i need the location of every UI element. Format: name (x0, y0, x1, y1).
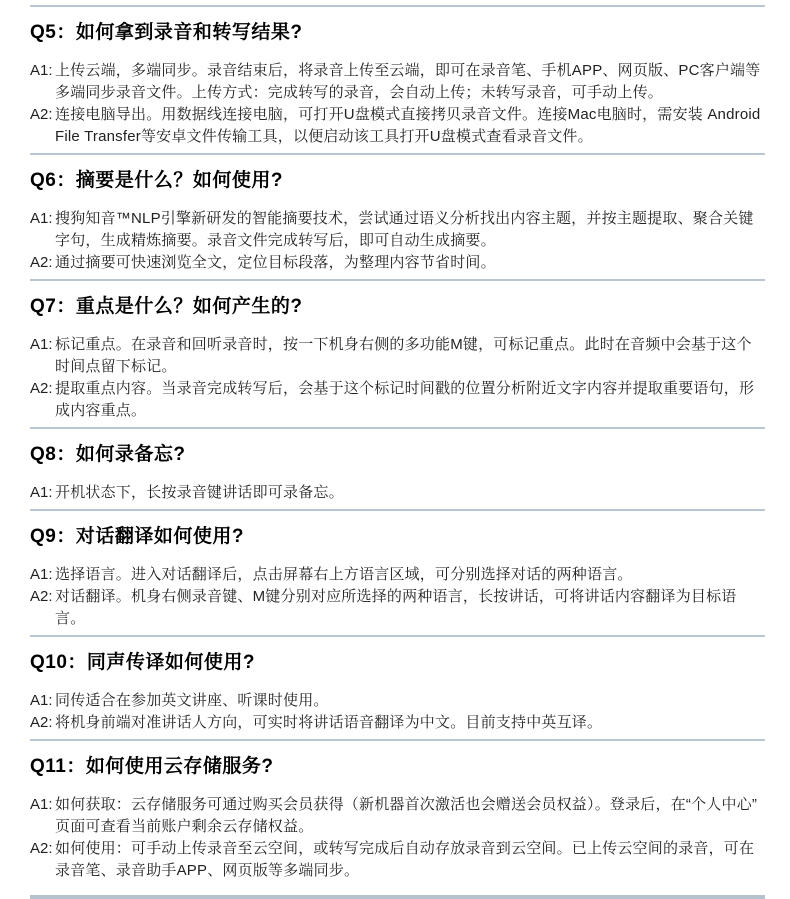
section-divider (30, 635, 765, 637)
answer-text: 同传适合在参加英文讲座、听课时使用。 (55, 690, 765, 712)
section-divider (30, 427, 765, 429)
section-divider (30, 739, 765, 741)
answer-text: 对话翻译。机身右侧录音键、M键分别对应所选择的两种语言，长按讲话，可将讲话内容翻… (55, 586, 765, 630)
answer-row: A2: 提取重点内容。当录音完成转写后，会基于这个标记时间戳的位置分析附近文字内… (30, 378, 765, 422)
answer-row: A1: 标记重点。在录音和回听录音时，按一下机身右侧的多功能M键，可标记重点。此… (30, 334, 765, 378)
faq-sections: Q5：如何拿到录音和转写结果? A1: 上传云端，多端同步。录音结束后，将录音上… (30, 21, 765, 887)
answer-label: A2: (30, 104, 55, 126)
faq-page: Q5：如何拿到录音和转写结果? A1: 上传云端，多端同步。录音结束后，将录音上… (0, 0, 790, 899)
answer-text: 上传云端，多端同步。录音结束后，将录音上传至云端，即可在录音笔、手机APP、网页… (55, 60, 765, 104)
answer-label: A1: (30, 690, 55, 712)
answer-row: A2: 通过摘要可快速浏览全文，定位目标段落，为整理内容节省时间。 (30, 252, 765, 274)
question-heading: Q9：对话翻译如何使用? (30, 525, 765, 549)
question-heading: Q6：摘要是什么？如何使用? (30, 169, 765, 193)
faq-section: Q6：摘要是什么？如何使用? A1: 搜狗知音™NLP引擎新研发的智能摘要技术，… (30, 169, 765, 279)
answer-list: A1: 搜狗知音™NLP引擎新研发的智能摘要技术，尝试通过语义分析找出内容主题，… (30, 208, 765, 274)
answer-label: A1: (30, 564, 55, 586)
answer-row: A1: 搜狗知音™NLP引擎新研发的智能摘要技术，尝试通过语义分析找出内容主题，… (30, 208, 765, 252)
section-divider (30, 279, 765, 281)
top-divider (30, 5, 765, 7)
answer-row: A2: 连接电脑导出。用数据线连接电脑，可打开U盘模式直接拷贝录音文件。连接Ma… (30, 104, 765, 148)
section-divider (30, 509, 765, 511)
question-heading: Q11：如何使用云存储服务? (30, 755, 765, 779)
answer-row: A1: 如何获取：云存储服务可通过购买会员获得（新机器首次激活也会赠送会员权益）… (30, 794, 765, 838)
answer-label: A2: (30, 252, 55, 274)
answer-list: A1: 选择语言。进入对话翻译后，点击屏幕右上方语言区域，可分别选择对话的两种语… (30, 564, 765, 630)
question-heading: Q10：同声传译如何使用? (30, 651, 765, 675)
bottom-divider (30, 895, 765, 899)
answer-text: 搜狗知音™NLP引擎新研发的智能摘要技术，尝试通过语义分析找出内容主题，并按主题… (55, 208, 765, 252)
answer-list: A1: 上传云端，多端同步。录音结束后，将录音上传至云端，即可在录音笔、手机AP… (30, 60, 765, 148)
answer-label: A1: (30, 334, 55, 356)
question-heading: Q5：如何拿到录音和转写结果? (30, 21, 765, 45)
faq-section: Q9：对话翻译如何使用? A1: 选择语言。进入对话翻译后，点击屏幕右上方语言区… (30, 525, 765, 635)
answer-text: 将机身前端对准讲话人方向，可实时将讲话语音翻译为中文。目前支持中英互译。 (55, 712, 765, 734)
answer-list: A1: 同传适合在参加英文讲座、听课时使用。 A2: 将机身前端对准讲话人方向，… (30, 690, 765, 734)
answer-list: A1: 标记重点。在录音和回听录音时，按一下机身右侧的多功能M键，可标记重点。此… (30, 334, 765, 422)
answer-label: A1: (30, 482, 55, 504)
answer-row: A2: 将机身前端对准讲话人方向，可实时将讲话语音翻译为中文。目前支持中英互译。 (30, 712, 765, 734)
faq-section: Q5：如何拿到录音和转写结果? A1: 上传云端，多端同步。录音结束后，将录音上… (30, 21, 765, 153)
faq-section: Q11：如何使用云存储服务? A1: 如何获取：云存储服务可通过购买会员获得（新… (30, 755, 765, 887)
answer-text: 选择语言。进入对话翻译后，点击屏幕右上方语言区域，可分别选择对话的两种语言。 (55, 564, 765, 586)
section-divider (30, 153, 765, 155)
answer-text: 如何获取：云存储服务可通过购买会员获得（新机器首次激活也会赠送会员权益）。登录后… (55, 794, 765, 838)
answer-text: 提取重点内容。当录音完成转写后，会基于这个标记时间戳的位置分析附近文字内容并提取… (55, 378, 765, 422)
answer-list: A1: 开机状态下，长按录音键讲话即可录备忘。 (30, 482, 765, 504)
answer-row: A2: 如何使用：可手动上传录音至云空间，或转写完成后自动存放录音到云空间。已上… (30, 838, 765, 882)
answer-text: 标记重点。在录音和回听录音时，按一下机身右侧的多功能M键，可标记重点。此时在音频… (55, 334, 765, 378)
answer-label: A2: (30, 586, 55, 608)
answer-row: A1: 开机状态下，长按录音键讲话即可录备忘。 (30, 482, 765, 504)
question-heading: Q7：重点是什么？如何产生的? (30, 295, 765, 319)
answer-row: A1: 选择语言。进入对话翻译后，点击屏幕右上方语言区域，可分别选择对话的两种语… (30, 564, 765, 586)
answer-text: 开机状态下，长按录音键讲话即可录备忘。 (55, 482, 765, 504)
answer-label: A1: (30, 208, 55, 230)
answer-label: A2: (30, 838, 55, 860)
answer-text: 通过摘要可快速浏览全文，定位目标段落，为整理内容节省时间。 (55, 252, 765, 274)
answer-text: 如何使用：可手动上传录音至云空间，或转写完成后自动存放录音到云空间。已上传云空间… (55, 838, 765, 882)
answer-label: A1: (30, 794, 55, 816)
answer-label: A2: (30, 712, 55, 734)
answer-text: 连接电脑导出。用数据线连接电脑，可打开U盘模式直接拷贝录音文件。连接Mac电脑时… (55, 104, 765, 148)
faq-section: Q7：重点是什么？如何产生的? A1: 标记重点。在录音和回听录音时，按一下机身… (30, 295, 765, 427)
answer-label: A1: (30, 60, 55, 82)
question-heading: Q8：如何录备忘? (30, 443, 765, 467)
answer-label: A2: (30, 378, 55, 400)
answer-row: A1: 同传适合在参加英文讲座、听课时使用。 (30, 690, 765, 712)
faq-section: Q8：如何录备忘? A1: 开机状态下，长按录音键讲话即可录备忘。 (30, 443, 765, 509)
answer-row: A1: 上传云端，多端同步。录音结束后，将录音上传至云端，即可在录音笔、手机AP… (30, 60, 765, 104)
answer-list: A1: 如何获取：云存储服务可通过购买会员获得（新机器首次激活也会赠送会员权益）… (30, 794, 765, 882)
faq-section: Q10：同声传译如何使用? A1: 同传适合在参加英文讲座、听课时使用。 A2:… (30, 651, 765, 739)
answer-row: A2: 对话翻译。机身右侧录音键、M键分别对应所选择的两种语言，长按讲话，可将讲… (30, 586, 765, 630)
